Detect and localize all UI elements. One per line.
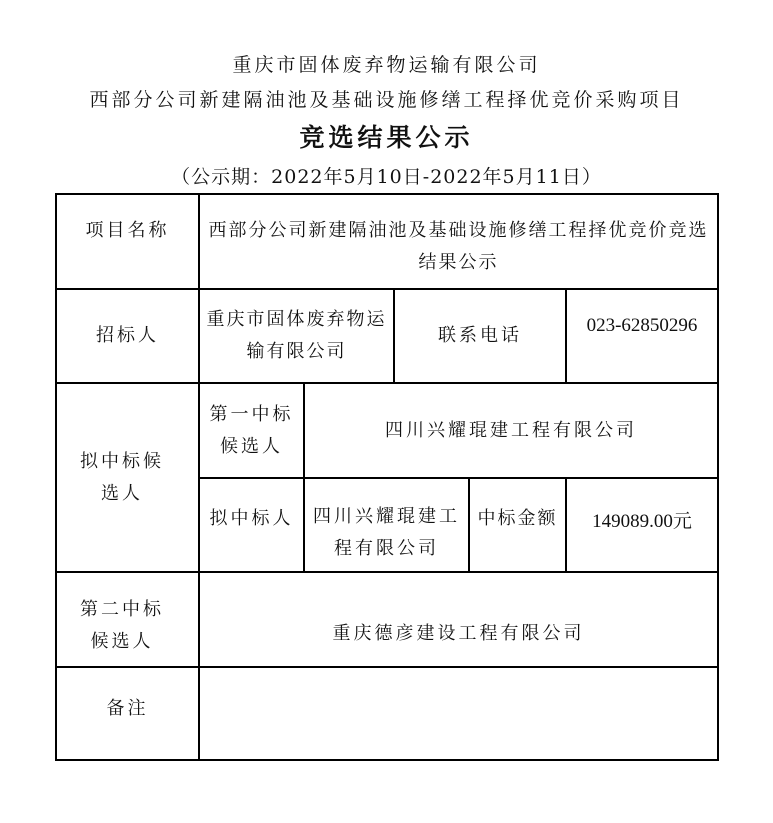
proposed-winner-label: 拟中标人 — [200, 479, 303, 571]
second-candidate-label-text: 第二中标候选人 — [70, 594, 174, 658]
row-divider — [55, 571, 719, 573]
tenderer-value-text: 重庆市固体废弃物运输有限公司 — [202, 304, 391, 368]
amount-label: 中标金额 — [470, 479, 565, 571]
remarks-value — [200, 668, 717, 759]
project-name-label-text: 项目名称 — [86, 215, 170, 247]
amount-value-text: 149089.00元 — [592, 506, 692, 538]
candidate-group-label-text: 拟中标候选人 — [70, 446, 174, 510]
second-candidate-label: 第二中标候选人 — [62, 586, 182, 666]
proposed-winner-label-text: 拟中标人 — [210, 503, 294, 535]
tenderer-label-text: 招标人 — [96, 320, 159, 352]
page-title: 竞选结果公示 — [0, 118, 773, 154]
second-candidate-value: 重庆德彦建设工程有限公司 — [200, 590, 717, 678]
proposed-winner-value: 四川兴耀琨建工程有限公司 — [305, 479, 468, 571]
remarks-label-text: 备注 — [107, 693, 149, 725]
tenderer-value: 重庆市固体废弃物运输有限公司 — [200, 290, 393, 382]
table-border-bottom — [55, 759, 719, 761]
remarks-label: 备注 — [57, 668, 198, 750]
phone-value: 023-62850296 — [567, 290, 717, 382]
project-name-value-text: 西部分公司新建隔油池及基础设施修缮工程择优竞价竞选结果公示 — [204, 215, 713, 279]
first-candidate-value-text: 四川兴耀琨建工程有限公司 — [385, 415, 637, 447]
publication-period: （公示期：2022年5月10日-2022年5月11日） — [0, 162, 773, 189]
project-name-value: 西部分公司新建隔油池及基础设施修缮工程择优竞价竞选结果公示 — [200, 195, 717, 288]
phone-value-text: 023-62850296 — [587, 310, 698, 342]
amount-label-text: 中标金额 — [478, 503, 558, 535]
first-candidate-label: 第一中标候选人 — [200, 384, 303, 477]
first-candidate-label-text: 第一中标候选人 — [202, 399, 301, 463]
project-name-label: 项目名称 — [57, 195, 198, 288]
amount-value: 149089.00元 — [567, 479, 717, 571]
phone-label-text: 联系电话 — [438, 320, 522, 352]
phone-label: 联系电话 — [395, 290, 565, 382]
candidate-group-label: 拟中标候选人 — [62, 384, 182, 571]
proposed-winner-value-text: 四川兴耀琨建工程有限公司 — [311, 501, 462, 565]
project-subtitle: 西部分公司新建隔油池及基础设施修缮工程择优竞价采购项目 — [0, 85, 773, 112]
second-candidate-value-text: 重庆德彦建设工程有限公司 — [333, 618, 585, 650]
first-candidate-value: 四川兴耀琨建工程有限公司 — [305, 384, 717, 477]
tenderer-label: 招标人 — [57, 290, 198, 382]
company-name: 重庆市固体废弃物运输有限公司 — [0, 50, 773, 77]
